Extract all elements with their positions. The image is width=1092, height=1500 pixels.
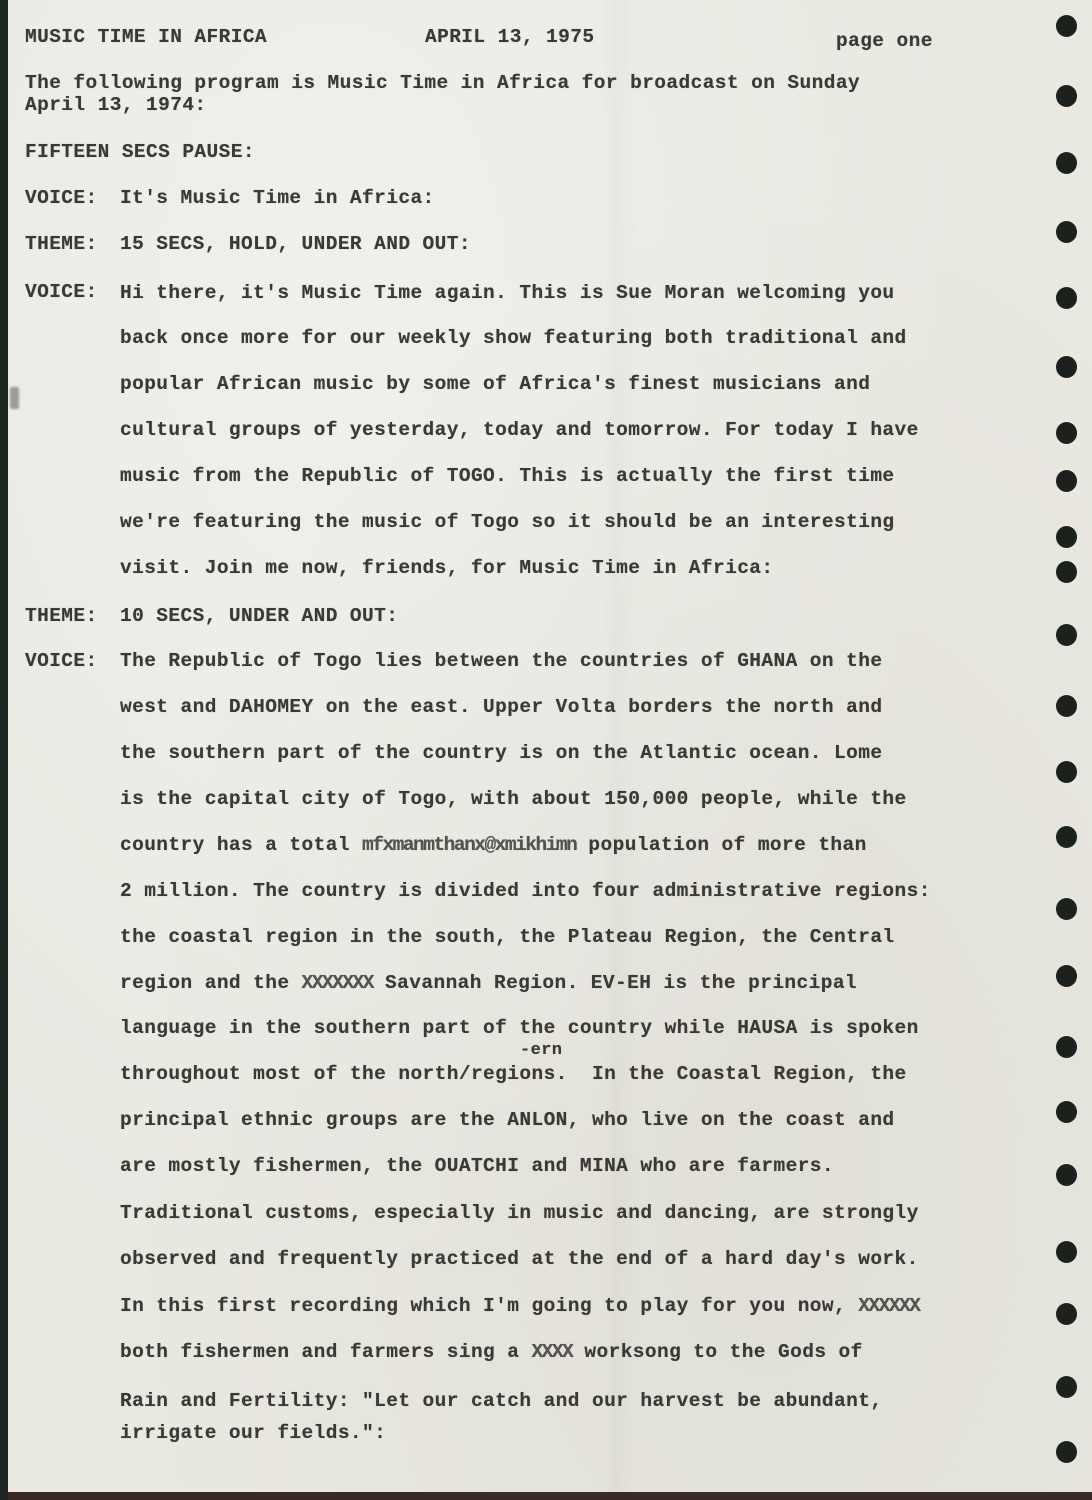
voice1-line: we're featuring the music of Togo so it … [120,513,895,533]
voice1-line: cultural groups of yesterday, today and … [120,421,919,441]
text-segment: region and the [120,972,302,994]
voice1-line: back once more for our weekly show featu… [120,329,907,349]
voice2-line: Rain and Fertility: "Let our catch and o… [120,1392,882,1412]
intro-line-1: The following program is Music Time in A… [25,74,860,94]
text-segment: worksong to the Gods of [572,1341,862,1363]
cue-theme-label: THEME: [25,235,98,255]
voice-label-1: VOICE: [25,283,98,303]
theme2-text: 10 SECS, UNDER AND OUT: [120,607,398,627]
voice2-line: The Republic of Togo lies between the co… [120,652,882,672]
punch-hole-icon [1056,152,1077,174]
broadcast-date: APRIL 13, 1975 [425,28,594,48]
voice2-line: principal ethnic groups are the ANLON, w… [120,1111,895,1131]
text-segment: Savannah Region. EV-EH is the principal [373,972,857,994]
punch-hole-icon [1056,1303,1077,1325]
punch-hole-icon [1056,85,1077,107]
punch-hole-icon [1056,965,1077,987]
voice2-line: language in the southern part of the cou… [120,1019,919,1039]
punch-hole-icon [1056,15,1077,37]
punch-hole-icon [1056,898,1077,920]
theme2-label: THEME: [25,607,98,627]
cue-voice-label: VOICE: [25,189,98,209]
punch-hole-icon [1056,1241,1077,1263]
punch-hole-icon [1056,287,1077,309]
punch-hole-icon [1056,826,1077,848]
punch-hole-icon [1056,470,1077,492]
voice2-line-struck: region and the XXXXXXX Savannah Region. … [120,974,857,994]
page-bottom-edge [8,1492,1092,1500]
voice2-line: 2 million. The country is divided into f… [120,882,931,902]
struck-text: mfxmanmthanx@xmikhimn [362,834,576,856]
cue-pause: FIFTEEN SECS PAUSE: [25,143,255,163]
voice2-line: is the capital city of Togo, with about … [120,790,907,810]
text-segment: population of more than [576,834,866,856]
voice2-line: irrigate our fields.": [120,1424,386,1444]
voice2-line: the southern part of the country is on t… [120,744,882,764]
voice2-line: are mostly fishermen, the OUATCHI and MI… [120,1157,834,1177]
voice2-line: west and DAHOMEY on the east. Upper Volt… [120,698,882,718]
voice2-line-struck: both fishermen and farmers sing a XXXX w… [120,1343,863,1363]
punch-hole-icon [1056,1101,1077,1123]
voice2-line-struck: In this first recording which I'm going … [120,1297,919,1317]
text-segment: country has a total [120,834,362,856]
page-number: page one [836,32,933,52]
punch-hole-icon [1056,624,1077,646]
ink-smudge [10,387,19,409]
punch-hole-icon [1056,221,1077,243]
voice-label-2: VOICE: [25,652,98,672]
punch-hole-column [1056,0,1080,1500]
struck-text: XXXX [531,1341,572,1363]
punch-hole-icon [1056,1036,1077,1058]
program-title: MUSIC TIME IN AFRICA [25,28,267,48]
voice2-line: Traditional customs, especially in music… [120,1204,919,1224]
punch-hole-icon [1056,695,1077,717]
punch-hole-icon [1056,1376,1077,1398]
struck-text: XXXXXX [858,1295,919,1317]
punch-hole-icon [1056,561,1077,583]
punch-hole-icon [1056,1164,1077,1186]
struck-text: XXXXXXX [302,972,373,994]
voice2-line: the coastal region in the south, the Pla… [120,928,895,948]
voice2-line: throughout most of the north/regions. In… [120,1065,907,1085]
punch-hole-icon [1056,1441,1077,1463]
voice1-line: music from the Republic of TOGO. This is… [120,467,895,487]
voice1-line: visit. Join me now, friends, for Music T… [120,559,774,579]
text-segment: In this first recording which I'm going … [120,1295,858,1317]
inserted-correction: -ern [520,1042,562,1059]
cue-voice-text: It's Music Time in Africa: [120,189,435,209]
voice1-line: Hi there, it's Music Time again. This is… [120,284,895,304]
cue-theme-text: 15 SECS, HOLD, UNDER AND OUT: [120,235,471,255]
punch-hole-icon [1056,761,1077,783]
punch-hole-icon [1056,356,1077,378]
voice2-line-struck: country has a total mfxmanmthanx@xmikhim… [120,836,867,856]
intro-line-2: April 13, 1974: [25,96,207,116]
voice2-line: observed and frequently practiced at the… [120,1250,919,1270]
text-segment: both fishermen and farmers sing a [120,1341,531,1363]
punch-hole-icon [1056,422,1077,444]
punch-hole-icon [1056,526,1077,548]
voice1-line: popular African music by some of Africa'… [120,375,870,395]
